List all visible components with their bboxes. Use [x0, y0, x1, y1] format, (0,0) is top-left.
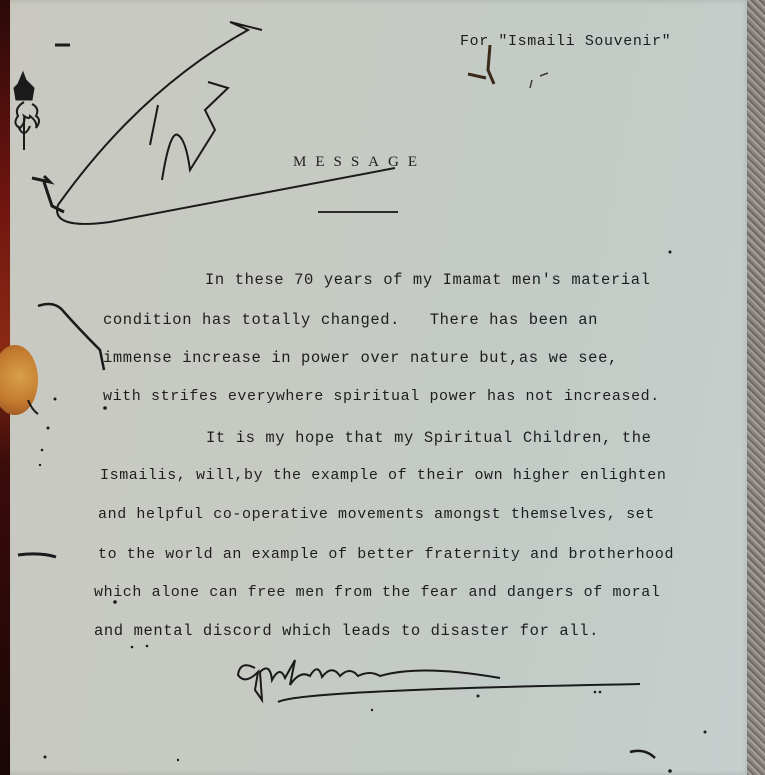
body-line: with strifes everywhere spiritual power …	[103, 388, 660, 405]
signature	[238, 660, 640, 702]
body-line: immense increase in power over nature bu…	[103, 349, 618, 367]
body-line: Ismailis, will,by the example of their o…	[100, 467, 667, 484]
page-title: MESSAGE	[293, 154, 426, 171]
body-line: which alone can free men from the fear a…	[94, 584, 661, 601]
body-line: and helpful co-operative movements among…	[98, 506, 655, 523]
body-line: and mental discord which leads to disast…	[94, 622, 599, 640]
crown-crest-icon	[14, 72, 39, 150]
header-note: For "Ismaili Souvenir"	[460, 33, 671, 50]
body-line: In these 70 years of my Imamat men's mat…	[205, 271, 651, 289]
title-underline	[318, 211, 398, 213]
body-line: to the world an example of better frater…	[98, 546, 674, 563]
body-line: It is my hope that my Spiritual Children…	[206, 429, 652, 447]
body-line: condition has totally changed. There has…	[103, 311, 598, 329]
